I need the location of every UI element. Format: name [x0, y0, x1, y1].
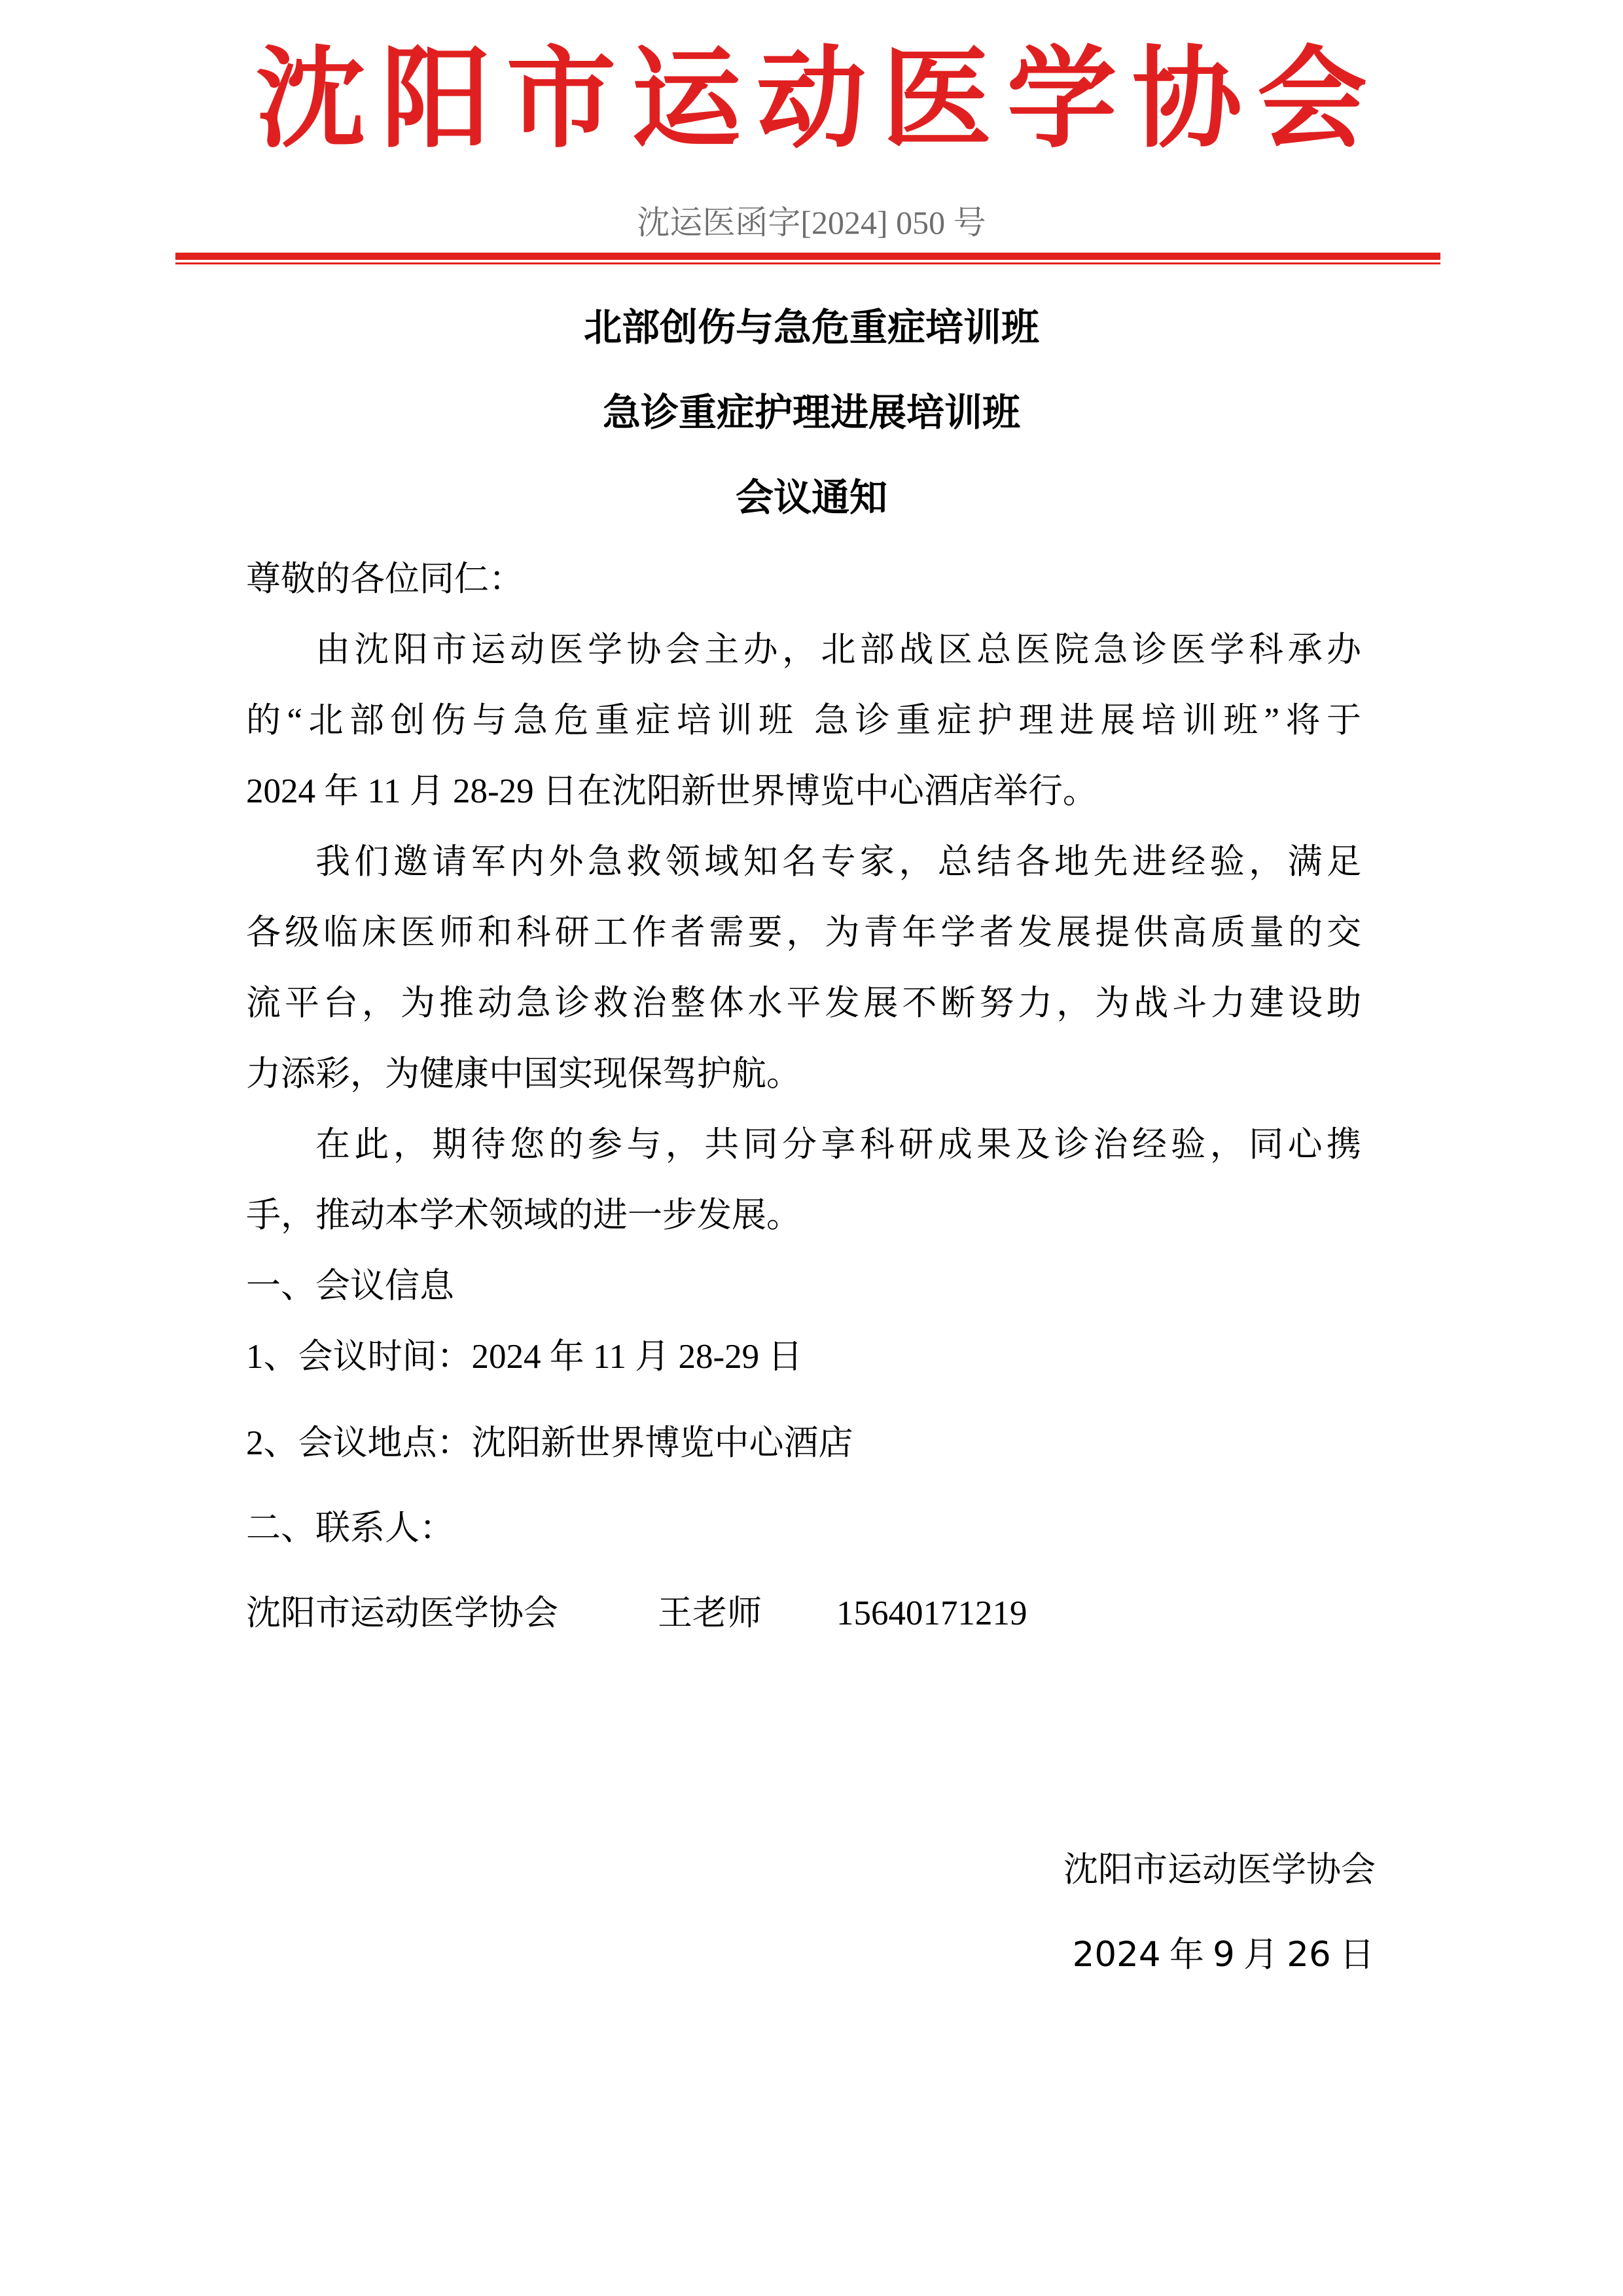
- paragraph-1-line-1: 由沈阳市运动医学协会主办，北部战区总医院急诊医学科承办: [315, 627, 1361, 673]
- paragraph-3-line-2: 手，推动本学术领域的进一步发展。: [246, 1193, 1361, 1238]
- letterhead-char: 会: [1257, 36, 1368, 160]
- contact-organization: 沈阳市运动医学协会: [246, 1590, 558, 1636]
- date-day-unit: 日: [1340, 1936, 1374, 1974]
- meeting-time: 1、会议时间：2024 年 11 月 28-29 日: [246, 1334, 1361, 1380]
- paragraph-2-line-3: 流平台，为推动急诊救治整体水平发展不断努力，为战斗力建设助: [246, 980, 1361, 1026]
- letterhead-char: 沈: [255, 36, 366, 160]
- date-year: 2024: [1073, 1935, 1161, 1975]
- date-month-unit: 月: [1243, 1936, 1278, 1974]
- title-line-2: 急诊重症护理进展培训班: [0, 389, 1623, 435]
- document-number: 沈运医函字[2024] 050 号: [0, 200, 1623, 245]
- letterhead-title: 沈阳市运动医学协会: [255, 36, 1368, 160]
- date-year-unit: 年: [1169, 1936, 1204, 1974]
- date-day: 26: [1287, 1935, 1330, 1975]
- date-month: 9: [1213, 1935, 1235, 1975]
- paragraph-1-line-3: 2024 年 11 月 28-29 日在沈阳新世界博览中心酒店举行。: [246, 768, 1361, 814]
- letterhead-char: 运: [631, 36, 742, 160]
- letterhead-rule-thick: [175, 253, 1440, 260]
- section-meeting-info-heading: 一、会议信息: [246, 1263, 1361, 1309]
- section-contact-heading: 二、联系人：: [246, 1505, 1361, 1551]
- letterhead-char: 市: [506, 36, 617, 160]
- letterhead-char: 学: [1007, 36, 1118, 160]
- paragraph-2-line-2: 各级临床医师和科研工作者需要，为青年学者发展提供高质量的交: [246, 910, 1361, 956]
- contact-person: 王老师: [658, 1590, 762, 1636]
- title-line-1: 北部创伤与急危重症培训班: [0, 304, 1623, 350]
- contact-phone: 15640171219: [836, 1590, 1027, 1636]
- letterhead-char: 动: [756, 36, 867, 160]
- paragraph-2-line-1: 我们邀请军内外急救领域知名专家，总结各地先进经验，满足: [315, 839, 1361, 885]
- paragraph-3-line-1: 在此，期待您的参与，共同分享科研成果及诊治经验，同心携: [315, 1122, 1361, 1168]
- signature-date: 2024 年 9 月 26 日: [1073, 1932, 1374, 1978]
- letterhead-rule-thin: [175, 262, 1440, 264]
- letterhead-char: 阳: [380, 36, 491, 160]
- paragraph-2-line-4: 力添彩，为健康中国实现保驾护航。: [246, 1051, 1361, 1097]
- meeting-location: 2、会议地点：沈阳新世界博览中心酒店: [246, 1420, 1361, 1466]
- letterhead-char: 协: [1132, 36, 1243, 160]
- salutation: 尊敬的各位同仁：: [246, 556, 1361, 602]
- signature-organization: 沈阳市运动医学协会: [1063, 1847, 1376, 1893]
- title-notice: 会议通知: [0, 475, 1623, 520]
- letterhead-char: 医: [881, 36, 992, 160]
- paragraph-1-line-2: 的“北部创伤与急危重症培训班 急诊重症护理进展培训班”将于: [246, 698, 1361, 744]
